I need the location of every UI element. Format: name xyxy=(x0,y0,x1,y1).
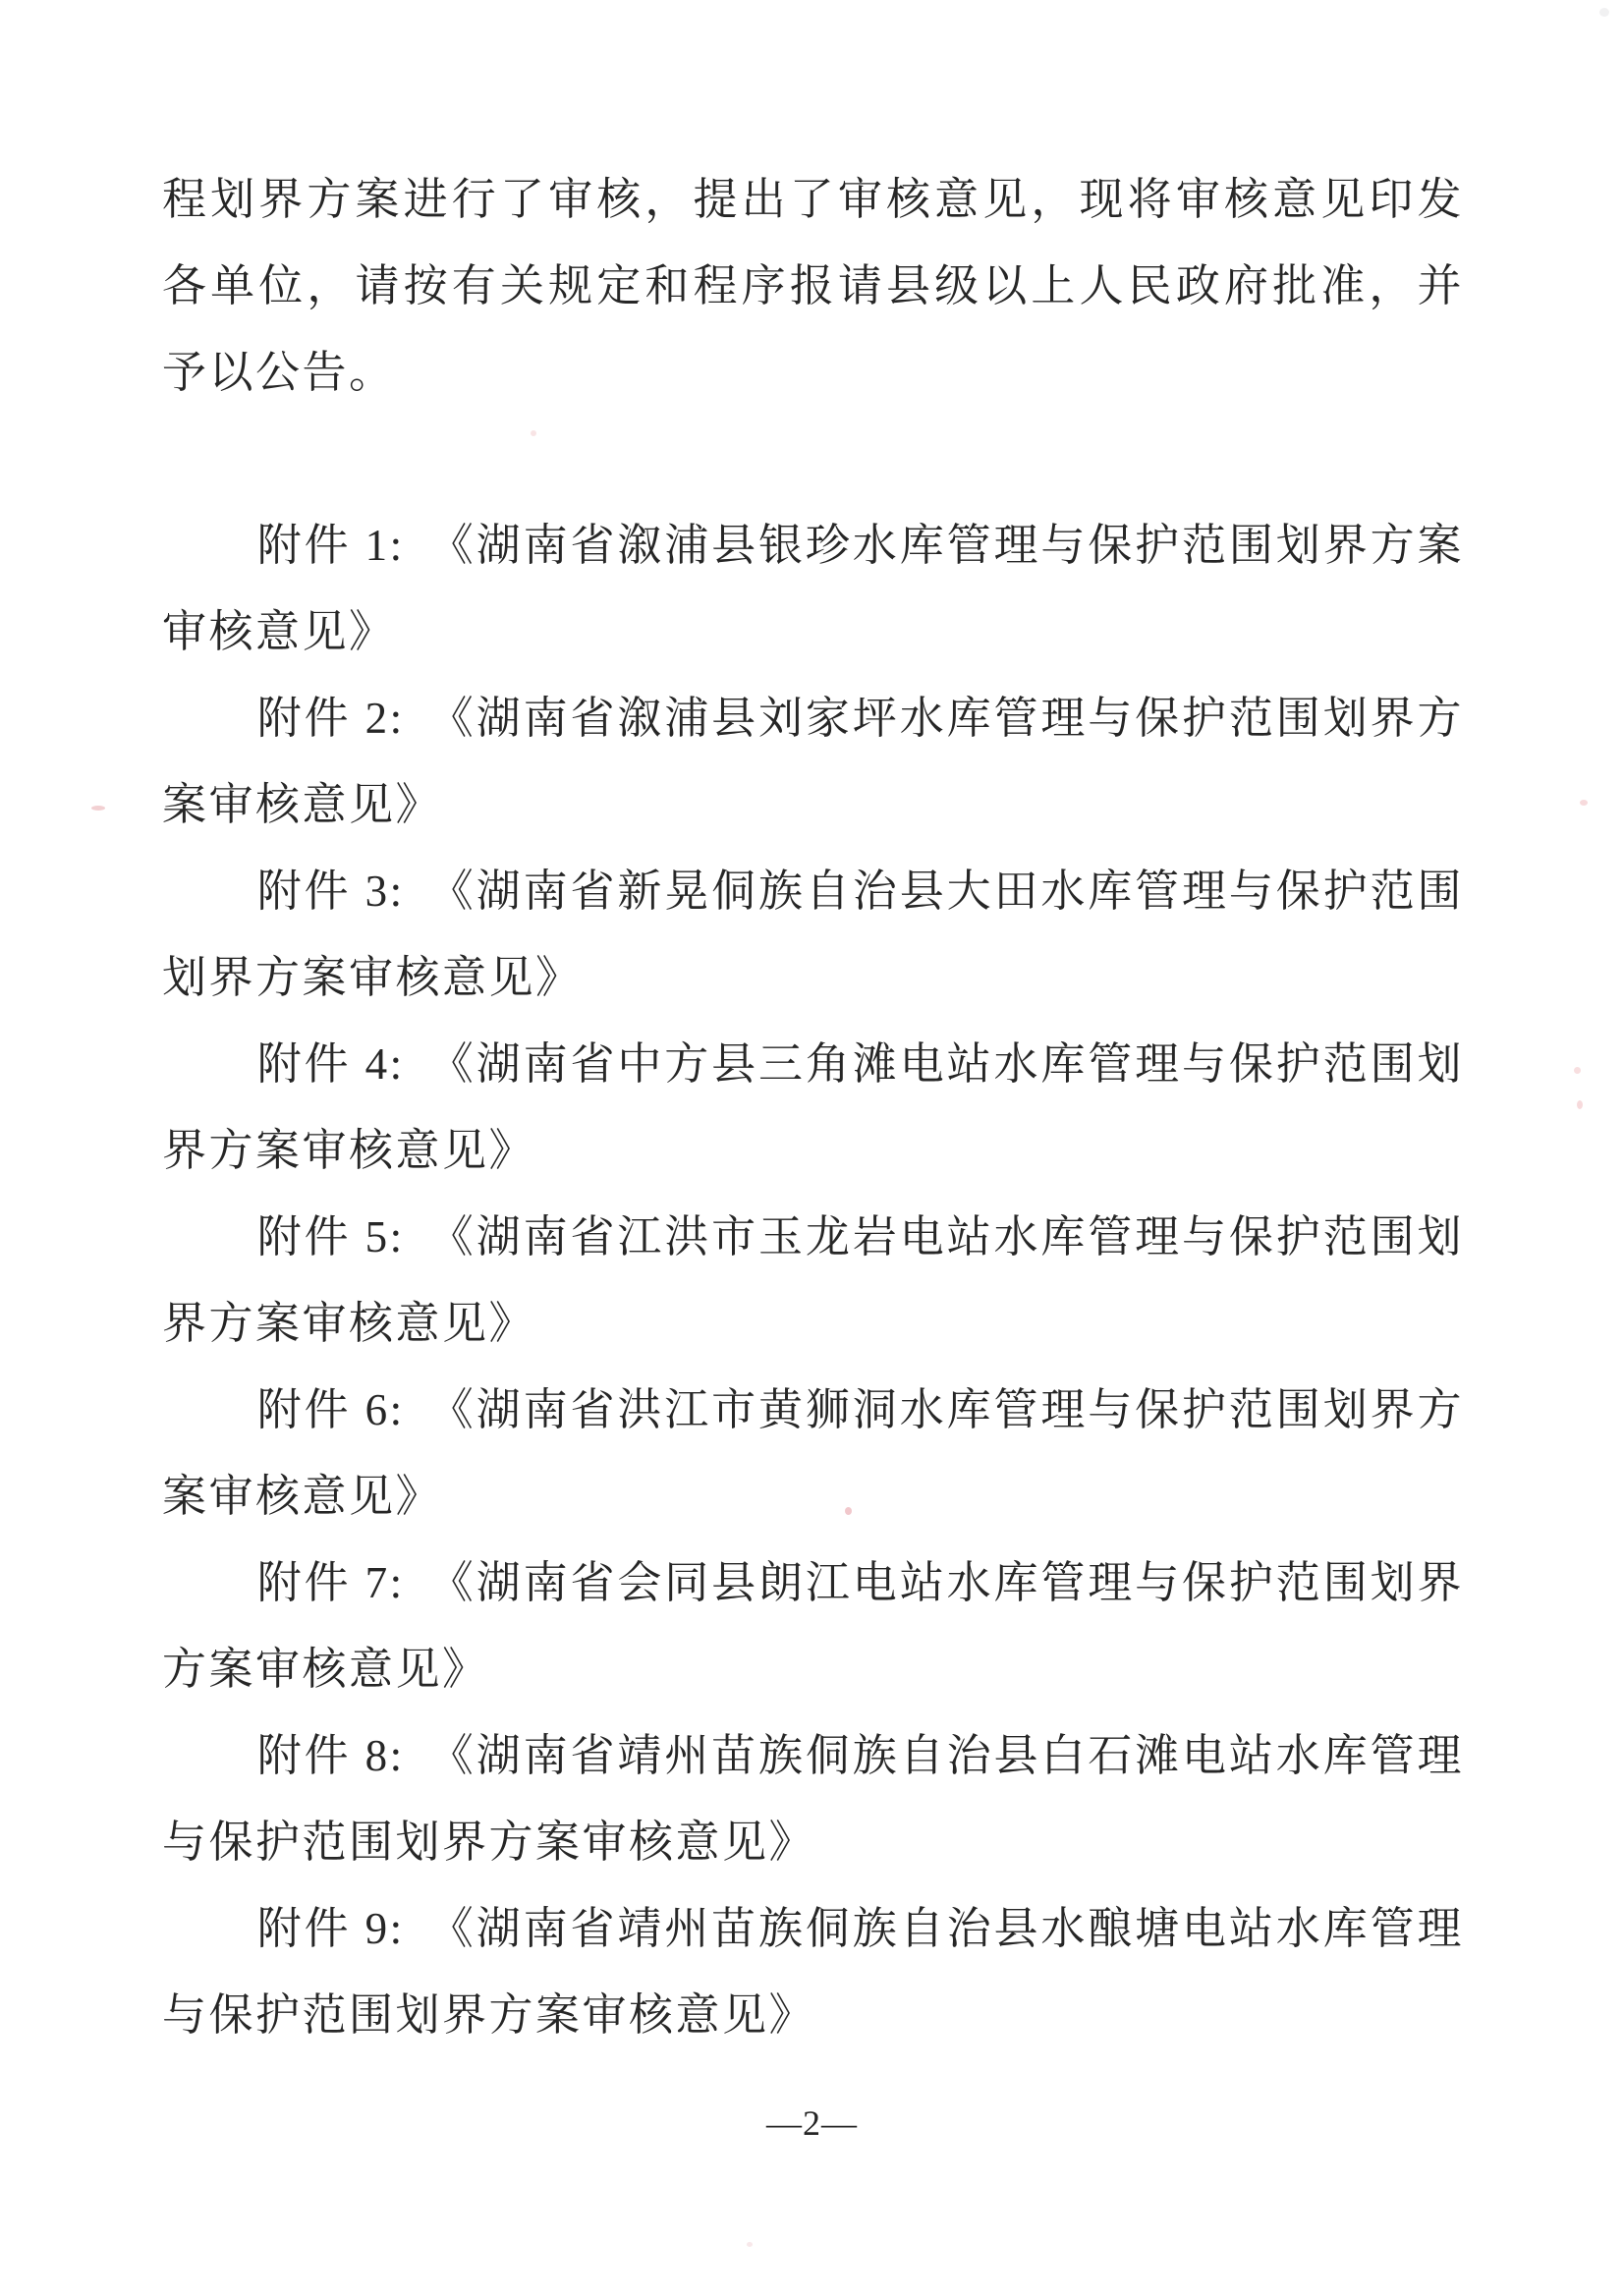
attachment-label: 附件 5: xyxy=(257,1212,405,1261)
attachment-item-9: 附件 9:《湖南省靖州苗族侗族自治县水酿塘电站水库管理与保护范围划界方案审核意见… xyxy=(162,1885,1464,2058)
attachment-item-1: 附件 1:《湖南省溆浦县银珍水库管理与保护范围划界方案审核意见》 xyxy=(162,502,1464,675)
scan-artifact xyxy=(1599,8,1609,17)
document-body: 程划界方案进行了审核，提出了审核意见，现将审核意见印发各单位，请按有关规定和程序… xyxy=(162,156,1464,2058)
scan-artifact xyxy=(1574,1067,1581,1074)
attachment-item-2: 附件 2:《湖南省溆浦县刘家坪水库管理与保护范围划界方案审核意见》 xyxy=(162,675,1464,848)
attachment-label: 附件 6: xyxy=(257,1385,405,1434)
page-number: —2— xyxy=(0,2102,1624,2144)
attachment-item-7: 附件 7:《湖南省会同县朗江电站水库管理与保护范围划界方案审核意见》 xyxy=(162,1540,1464,1712)
document-page: 程划界方案进行了审核，提出了审核意见，现将审核意见印发各单位，请按有关规定和程序… xyxy=(0,0,1624,2296)
scan-artifact xyxy=(1577,1100,1583,1109)
scan-artifact xyxy=(1580,800,1588,806)
attachment-label: 附件 1: xyxy=(257,521,405,570)
attachment-label: 附件 8: xyxy=(257,1731,405,1780)
body-paragraph: 程划界方案进行了审核，提出了审核意见，现将审核意见印发各单位，请按有关规定和程序… xyxy=(162,156,1464,416)
attachment-item-3: 附件 3:《湖南省新晃侗族自治县大田水库管理与保护范围划界方案审核意见》 xyxy=(162,848,1464,1021)
attachment-label: 附件 7: xyxy=(257,1558,405,1607)
attachment-label: 附件 9: xyxy=(257,1904,405,1953)
attachment-label: 附件 4: xyxy=(257,1039,405,1089)
scan-artifact xyxy=(91,806,105,811)
attachment-label: 附件 2: xyxy=(257,694,405,743)
attachment-item-5: 附件 5:《湖南省江洪市玉龙岩电站水库管理与保护范围划界方案审核意见》 xyxy=(162,1194,1464,1367)
attachment-item-6: 附件 6:《湖南省洪江市黄狮洞水库管理与保护范围划界方案审核意见》 xyxy=(162,1367,1464,1540)
scan-artifact xyxy=(747,2242,753,2247)
attachment-item-4: 附件 4:《湖南省中方县三角滩电站水库管理与保护范围划界方案审核意见》 xyxy=(162,1021,1464,1194)
attachment-label: 附件 3: xyxy=(257,867,405,916)
attachment-item-8: 附件 8:《湖南省靖州苗族侗族自治县白石滩电站水库管理与保护范围划界方案审核意见… xyxy=(162,1712,1464,1885)
attachment-list: 附件 1:《湖南省溆浦县银珍水库管理与保护范围划界方案审核意见》 附件 2:《湖… xyxy=(162,502,1464,2058)
